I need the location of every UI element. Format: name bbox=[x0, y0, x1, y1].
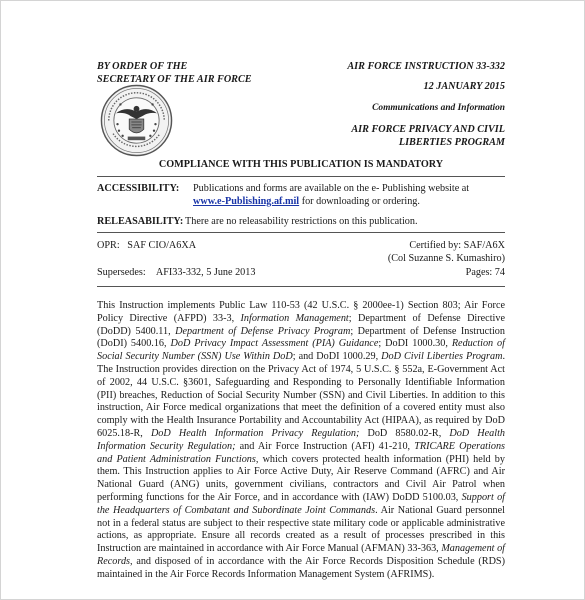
publication-date: 12 JANUARY 2015 bbox=[301, 80, 505, 93]
certified-by-office: Certified by: SAF/A6X bbox=[301, 239, 505, 252]
divider-top bbox=[97, 176, 505, 177]
accessibility-text: Publications and forms are available on … bbox=[193, 183, 469, 194]
opr: OPR: SAF CIO/A6XA bbox=[97, 239, 196, 252]
accessibility-text-after: for downloading or ordering. bbox=[299, 196, 420, 207]
supersedes-value: AFI33-332, 5 June 2013 bbox=[156, 267, 256, 278]
divider-bottom bbox=[97, 286, 505, 287]
supersedes-label: Supersedes: bbox=[97, 267, 146, 278]
publication-category: Communications and Information bbox=[301, 102, 505, 115]
issuing-authority: BY ORDER OF THE SECRETARY OF THE AIR FOR… bbox=[97, 60, 252, 86]
page-count: Pages: 74 bbox=[301, 266, 505, 279]
issuing-authority-line1: BY ORDER OF THE bbox=[97, 60, 252, 73]
releasability-row: RELEASABILITY: There are no releasabilit… bbox=[97, 215, 505, 228]
releasability-label: RELEASABILITY: bbox=[97, 215, 183, 228]
accessibility-value: Publications and forms are available on … bbox=[193, 182, 505, 208]
instruction-number: AIR FORCE INSTRUCTION 33-332 bbox=[301, 60, 505, 73]
compliance-statement: COMPLIANCE WITH THIS PUBLICATION IS MAND… bbox=[97, 159, 505, 170]
e-publishing-link[interactable]: www.e-Publishing.af.mil bbox=[193, 196, 299, 207]
opr-label: OPR: bbox=[97, 240, 120, 251]
opr-value: SAF CIO/A6XA bbox=[127, 240, 196, 251]
accessibility-row: ACCESSIBILITY: Publications and forms ar… bbox=[97, 182, 505, 210]
publication-title: AIR FORCE PRIVACY AND CIVIL LIBERTIES PR… bbox=[301, 123, 505, 149]
summary-paragraph: This Instruction implements Public Law 1… bbox=[97, 300, 505, 582]
accessibility-label: ACCESSIBILITY: bbox=[97, 182, 179, 195]
document-page: BY ORDER OF THE SECRETARY OF THE AIR FOR… bbox=[0, 0, 585, 600]
releasability-value: There are no releasability restrictions … bbox=[185, 215, 505, 228]
certified-by: Certified by: SAF/A6X (Col Suzanne S. Ku… bbox=[301, 239, 505, 265]
supersedes: Supersedes: AFI33-332, 5 June 2013 bbox=[97, 266, 255, 279]
publication-title-line1: AIR FORCE PRIVACY AND CIVIL bbox=[301, 123, 505, 136]
publication-title-line2: LIBERTIES PROGRAM bbox=[301, 136, 505, 149]
air-force-seal-icon bbox=[100, 84, 173, 157]
certified-by-name: (Col Suzanne S. Kumashiro) bbox=[301, 252, 505, 265]
divider-middle bbox=[97, 232, 505, 233]
